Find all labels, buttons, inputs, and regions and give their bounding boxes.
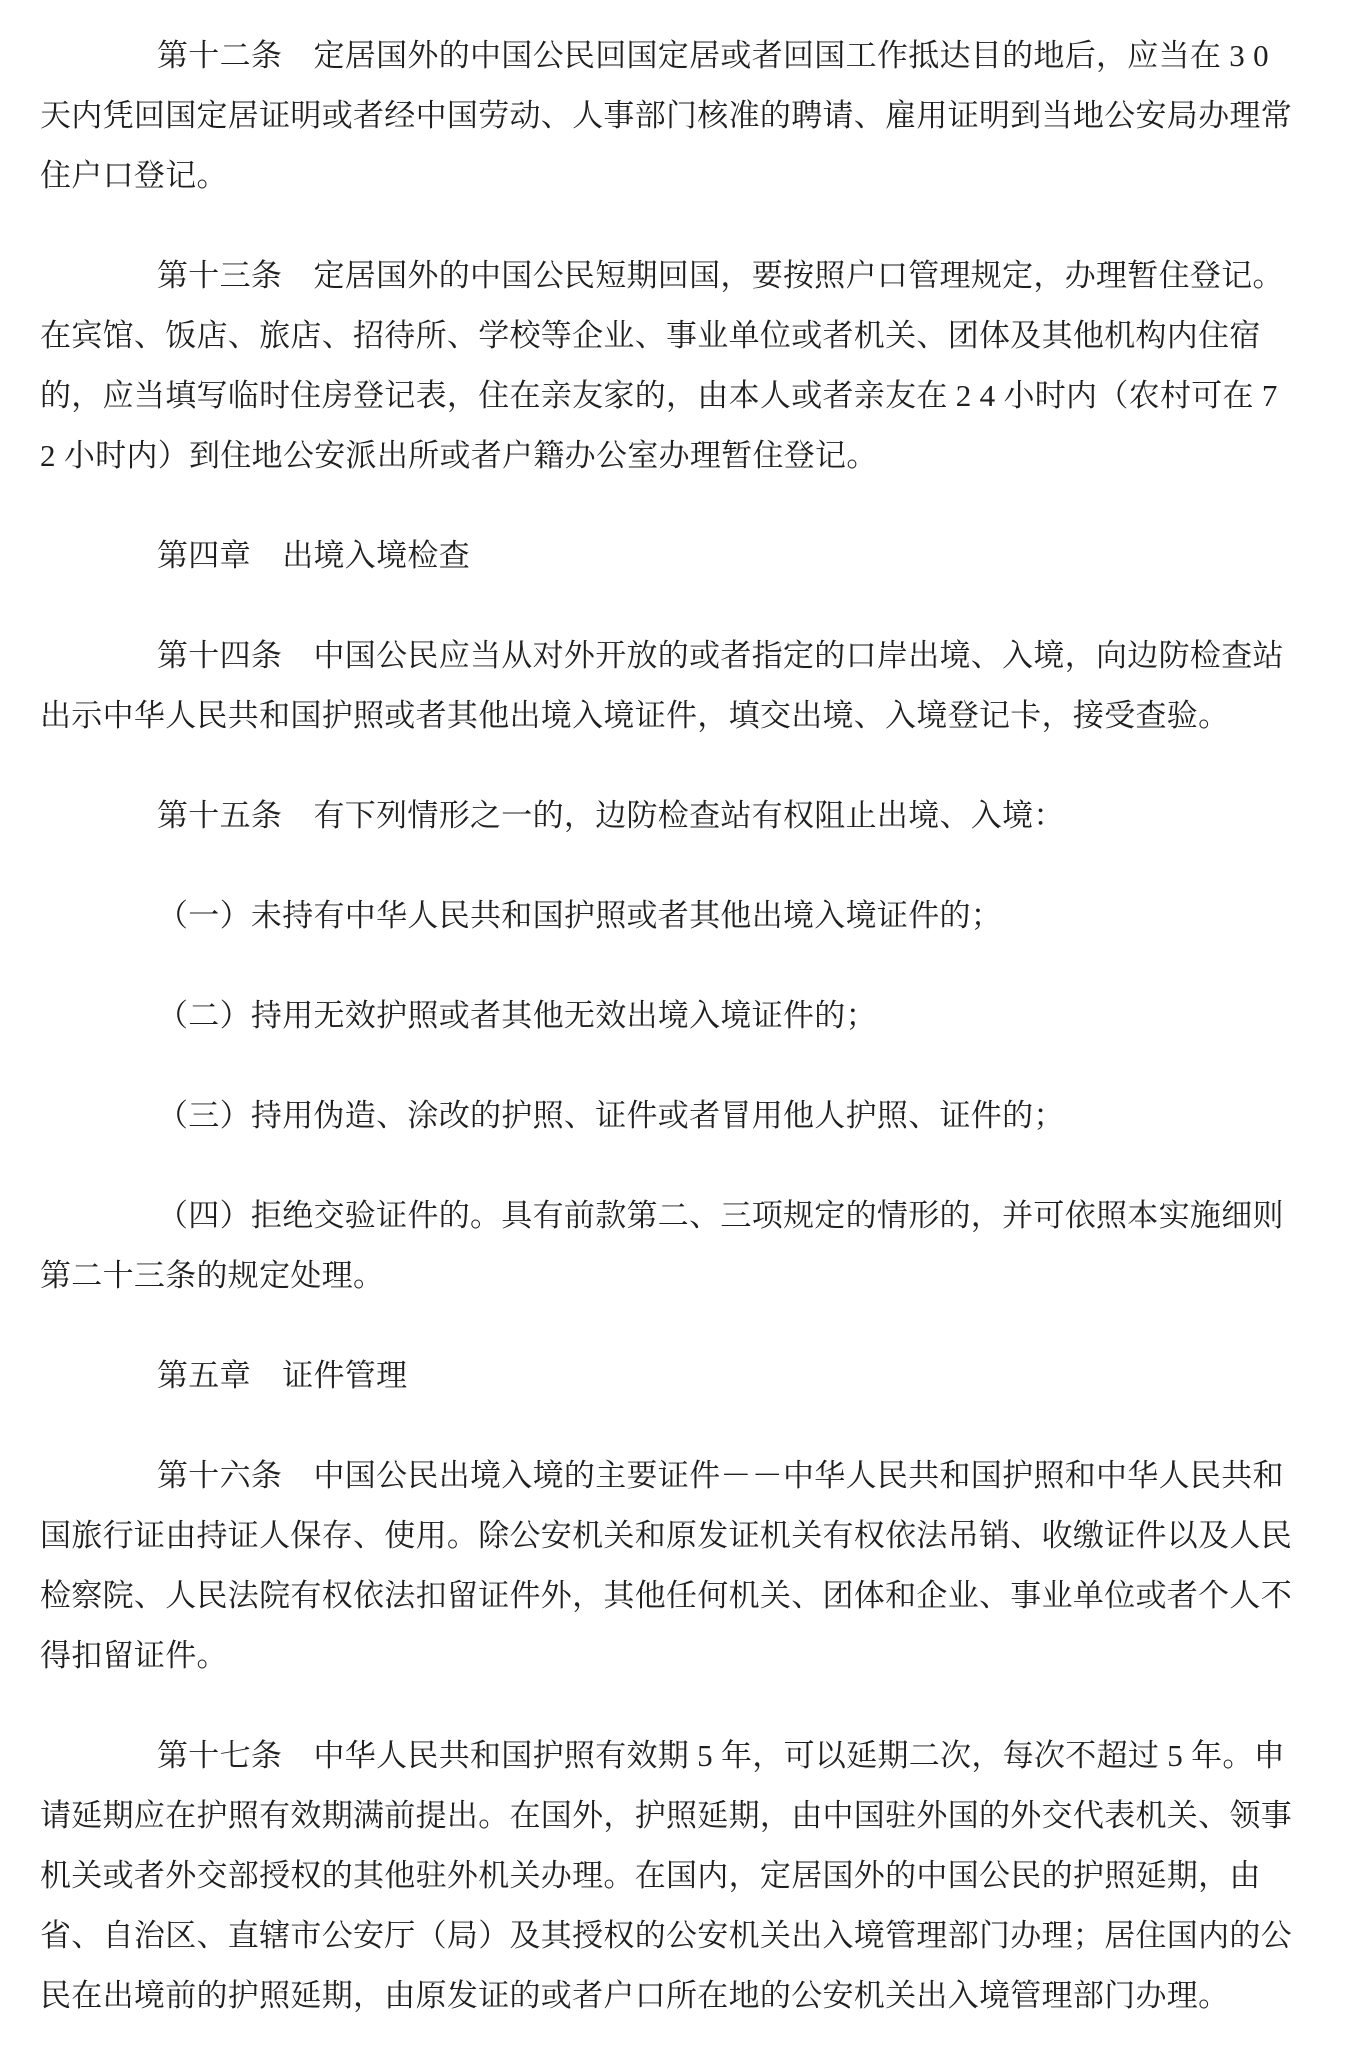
article-12: 第十二条 定居国外的中国公民回国定居或者回国工作抵达目的地后，应当在 3 0天内… [40, 26, 1310, 206]
text-line: 得扣留证件。 [40, 1626, 1310, 1686]
text-line: 在宾馆、饭店、旅店、招待所、学校等企业、事业单位或者机关、团体及其他机构内住宿 [40, 306, 1310, 366]
text-line: 的，应当填写临时住房登记表，住在亲友家的，由本人或者亲友在 2 4 小时内（农村… [40, 366, 1310, 426]
article-15-item-4: （四）拒绝交验证件的。具有前款第二、三项规定的情形的，并可依照本实施细则第二十三… [40, 1186, 1310, 1306]
text-line: 第十七条 中华人民共和国护照有效期 5 年，可以延期二次，每次不超过 5 年。申 [40, 1726, 1310, 1786]
text-line: （四）拒绝交验证件的。具有前款第二、三项规定的情形的，并可依照本实施细则 [40, 1186, 1310, 1246]
article-15-item-2: （二）持用无效护照或者其他无效出境入境证件的； [40, 986, 1310, 1046]
article-15-item-3: （三）持用伪造、涂改的护照、证件或者冒用他人护照、证件的； [40, 1086, 1310, 1146]
document-page: 第十二条 定居国外的中国公民回国定居或者回国工作抵达目的地后，应当在 3 0天内… [0, 0, 1350, 2058]
text-line: （二）持用无效护照或者其他无效出境入境证件的； [40, 986, 1310, 1046]
document-body: 第十二条 定居国外的中国公民回国定居或者回国工作抵达目的地后，应当在 3 0天内… [40, 26, 1310, 2026]
text-line: 机关或者外交部授权的其他驻外机关办理。在国内，定居国外的中国公民的护照延期，由 [40, 1846, 1310, 1906]
article-15: 第十五条 有下列情形之一的，边防检查站有权阻止出境、入境： [40, 786, 1310, 846]
article-17: 第十七条 中华人民共和国护照有效期 5 年，可以延期二次，每次不超过 5 年。申… [40, 1726, 1310, 2026]
text-line: 第十五条 有下列情形之一的，边防检查站有权阻止出境、入境： [40, 786, 1310, 846]
article-14: 第十四条 中国公民应当从对外开放的或者指定的口岸出境、入境，向边防检查站出示中华… [40, 626, 1310, 746]
text-line: 住户口登记。 [40, 146, 1310, 206]
text-line: 第十三条 定居国外的中国公民短期回国，要按照户口管理规定，办理暂住登记。 [40, 246, 1310, 306]
text-line: 第十六条 中国公民出境入境的主要证件－－中华人民共和国护照和中华人民共和 [40, 1446, 1310, 1506]
chapter-5-heading: 第五章 证件管理 [40, 1346, 1310, 1406]
text-line: 请延期应在护照有效期满前提出。在国外，护照延期，由中国驻外国的外交代表机关、领事 [40, 1786, 1310, 1846]
text-line: 第十四条 中国公民应当从对外开放的或者指定的口岸出境、入境，向边防检查站 [40, 626, 1310, 686]
text-line: 国旅行证由持证人保存、使用。除公安机关和原发证机关有权依法吊销、收缴证件以及人民 [40, 1506, 1310, 1566]
text-line: 第二十三条的规定处理。 [40, 1246, 1310, 1306]
text-line: 第五章 证件管理 [40, 1346, 1310, 1406]
article-15-item-1: （一）未持有中华人民共和国护照或者其他出境入境证件的； [40, 886, 1310, 946]
text-line: 出示中华人民共和国护照或者其他出境入境证件，填交出境、入境登记卡，接受查验。 [40, 686, 1310, 746]
text-line: （三）持用伪造、涂改的护照、证件或者冒用他人护照、证件的； [40, 1086, 1310, 1146]
text-line: 2 小时内）到住地公安派出所或者户籍办公室办理暂住登记。 [40, 426, 1310, 486]
text-line: 民在出境前的护照延期，由原发证的或者户口所在地的公安机关出入境管理部门办理。 [40, 1966, 1310, 2026]
article-13: 第十三条 定居国外的中国公民短期回国，要按照户口管理规定，办理暂住登记。在宾馆、… [40, 246, 1310, 486]
text-line: 检察院、人民法院有权依法扣留证件外，其他任何机关、团体和企业、事业单位或者个人不 [40, 1566, 1310, 1626]
text-line: （一）未持有中华人民共和国护照或者其他出境入境证件的； [40, 886, 1310, 946]
text-line: 省、自治区、直辖市公安厅（局）及其授权的公安机关出入境管理部门办理；居住国内的公 [40, 1906, 1310, 1966]
text-line: 第十二条 定居国外的中国公民回国定居或者回国工作抵达目的地后，应当在 3 0 [40, 26, 1310, 86]
chapter-4-heading: 第四章 出境入境检查 [40, 526, 1310, 586]
text-line: 第四章 出境入境检查 [40, 526, 1310, 586]
text-line: 天内凭回国定居证明或者经中国劳动、人事部门核准的聘请、雇用证明到当地公安局办理常 [40, 86, 1310, 146]
article-16: 第十六条 中国公民出境入境的主要证件－－中华人民共和国护照和中华人民共和国旅行证… [40, 1446, 1310, 1686]
